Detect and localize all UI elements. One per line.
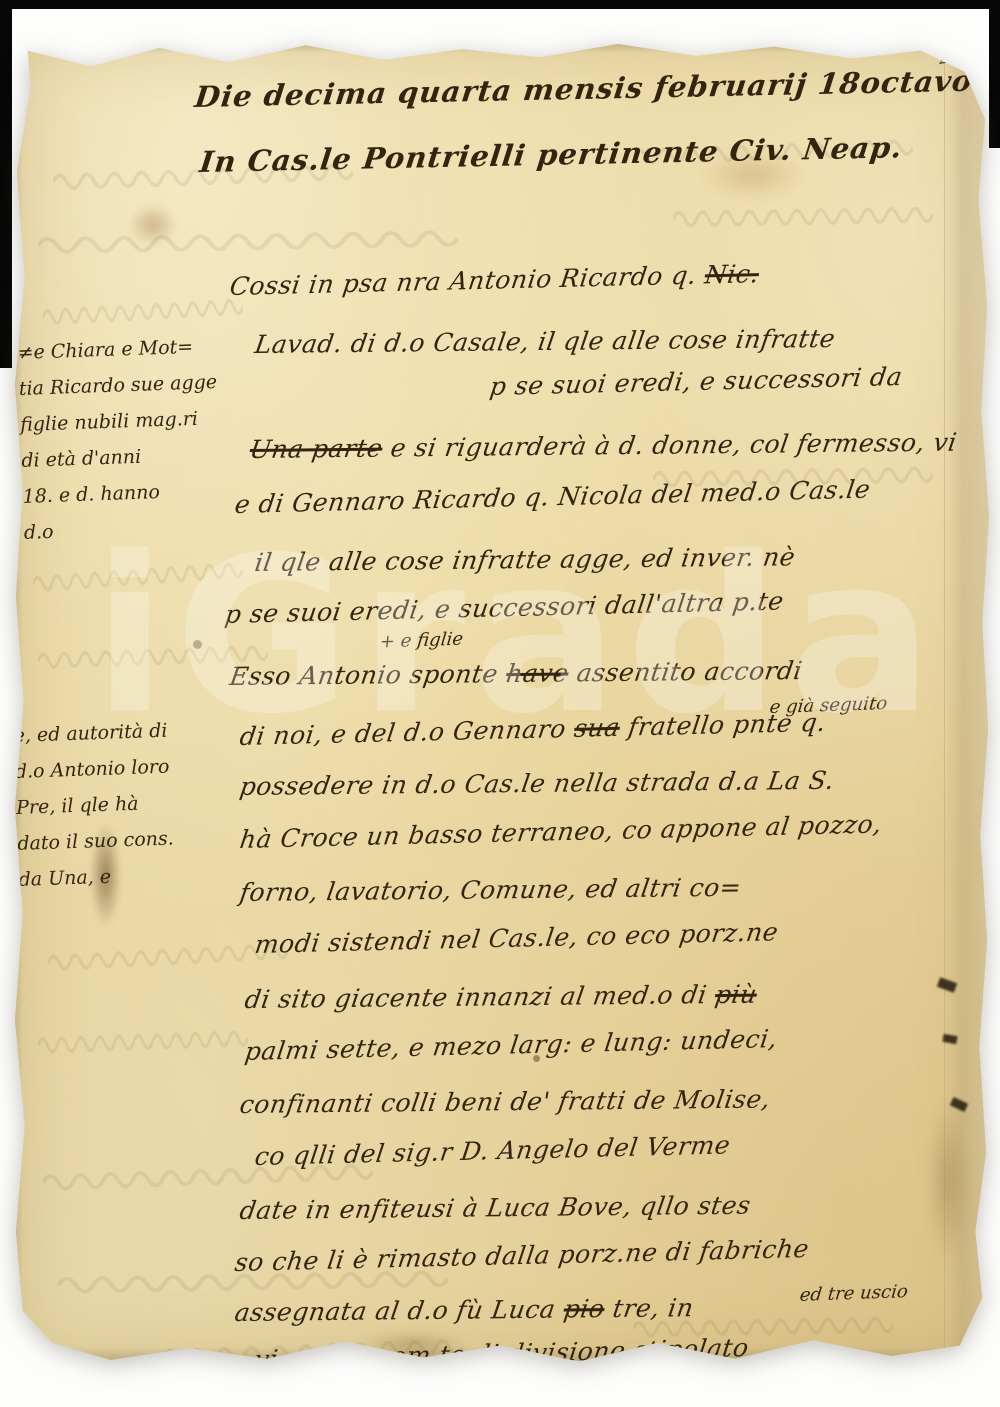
body-line: e di Gennaro Ricardo q. Nicola del med.o…: [233, 475, 872, 519]
margin-note-bottom: e, ed autorità di d.o Antonio loro Pre, …: [13, 710, 234, 897]
ink-speck: [950, 1097, 968, 1112]
body-line: hà Croce un basso terraneo, co appone al…: [238, 809, 884, 854]
stain: [918, 1060, 978, 1300]
scan-border-left: [0, 0, 12, 368]
bleedthrough-writing: [32, 553, 244, 602]
torn-edge-top: [13, 40, 989, 53]
heading-date-line: Die decima quarta mensis februarij 18oct…: [193, 64, 985, 114]
ink-speck: [942, 1034, 957, 1044]
scan-border-right: [989, 0, 1000, 148]
body-line: Lavad. di d.o Casale, il qle alle cose i…: [253, 324, 838, 359]
body-line: forno, lavatorio, Comune, ed altri co=: [238, 873, 744, 907]
body-line: date in enfiteusi à Luca Bove, qllo stes: [238, 1191, 753, 1225]
torn-edge-bottom: [13, 1347, 989, 1364]
body-line: palmi sette, e mezo larg: e lung: undeci…: [243, 1024, 779, 1066]
bleedthrough-writing: [37, 1021, 248, 1062]
torn-edge-left: [13, 40, 23, 1364]
body-line: Esso Antonio sponte have assentito accor…: [228, 656, 805, 691]
heading-place-line: In Cas.le Pontrielli pertinente Civ. Nea…: [198, 130, 905, 179]
body-line: possedere in d.o Cas.le nella strada d.a…: [238, 766, 837, 801]
body-line: il qle alle cose infratte agge, ed inver…: [253, 542, 797, 577]
struck-text: pio: [562, 1294, 607, 1323]
interlinear-insertion: ed tre uscio: [799, 1281, 909, 1306]
interlinear-insertion: e già seguito: [769, 693, 889, 718]
bleedthrough-writing: [673, 198, 934, 237]
body-line: co qlli del sig.r D. Angelo del Verme: [253, 1130, 732, 1171]
body-line: di sito giacente innanzi al med.o di più: [243, 980, 759, 1014]
body-line: vig. d' Istrom.to di divisione stipolato: [253, 1333, 751, 1374]
body-line: Cossi in psa nra Antonio Ricardo q. Nic.: [228, 259, 761, 301]
struck-text: Una parte: [248, 434, 385, 464]
ink-speck: [937, 977, 957, 993]
scan-border-top: [0, 0, 1000, 9]
foxing-dot: [193, 640, 202, 649]
bleedthrough-writing: [38, 221, 459, 262]
manuscript-paper: 24 Die decima quarta mensis februarij 18…: [13, 40, 989, 1364]
struck-text: più: [713, 980, 759, 1009]
body-line: Una parte e si riguarderà à d. donne, co…: [248, 428, 959, 464]
body-line: so che li è rimasto dalla porz.ne di fab…: [233, 1234, 811, 1277]
body-line: di noi, e del d.o Gennaro sua fratello p…: [238, 708, 828, 751]
body-line: p se suoi eredi, e successori da: [488, 362, 904, 401]
body-line: confinanti colli beni de' fratti de Moli…: [238, 1084, 773, 1119]
margin-note-line: da Una, e: [18, 854, 234, 897]
body-line: modi sistendi nel Cas.le, co eco porz.ne: [253, 917, 780, 959]
margin-note-top: ≠e Chiara e Mot= tia Ricardo sue agge fi…: [17, 327, 239, 550]
manuscript-paper-wrap: 24 Die decima quarta mensis februarij 18…: [13, 40, 989, 1364]
margin-note-line: d.o: [23, 507, 239, 550]
struck-text: Nic.: [703, 259, 761, 289]
body-line: p se suoi eredi, e successori dall'altra…: [223, 586, 786, 629]
struck-text: have: [504, 658, 570, 688]
margin-note-line: tia Ricardo sue agge: [18, 363, 234, 406]
interlinear-insertion: + e figlie: [379, 629, 464, 653]
body-line: assegnata al d.o fù Luca pio tre, in: [233, 1293, 696, 1327]
stain: [118, 195, 188, 255]
foxing-dot: [263, 1380, 271, 1388]
deckled-fold-right: [944, 40, 989, 1364]
struck-text: sua: [572, 713, 621, 743]
